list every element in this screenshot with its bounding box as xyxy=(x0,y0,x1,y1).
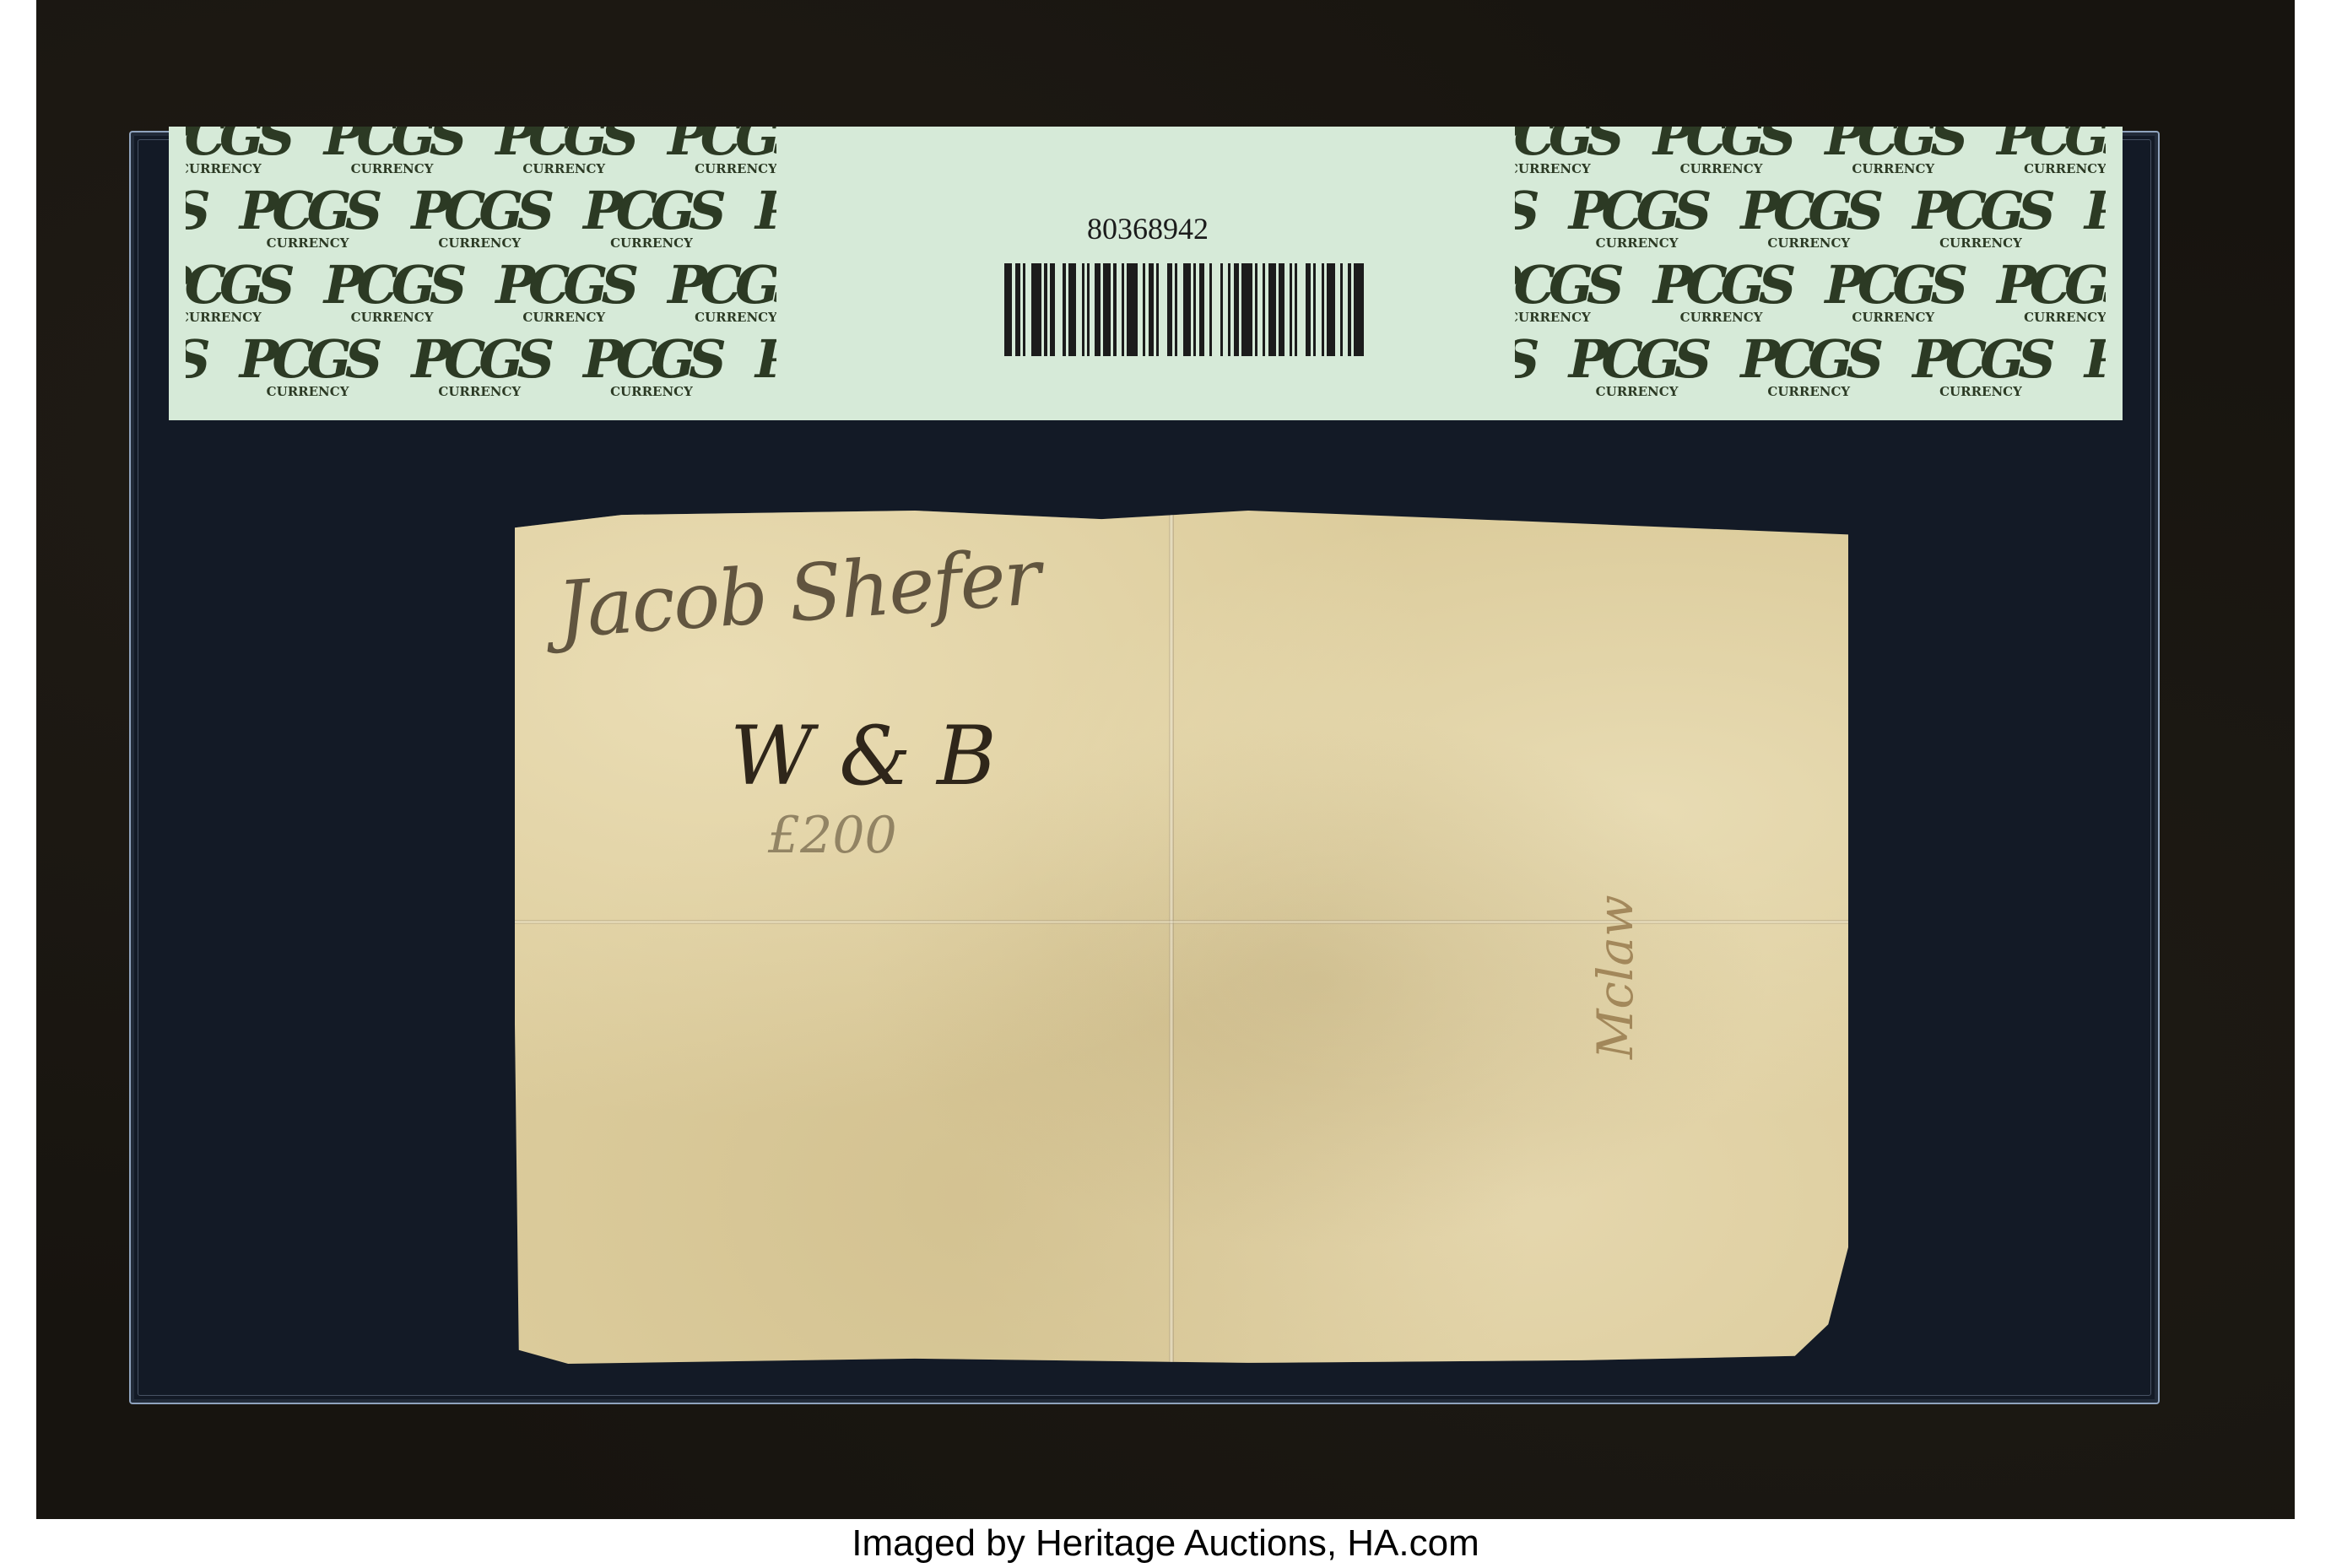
pcgs-logo-icon: PCGSCURRENCY xyxy=(186,186,204,250)
barcode xyxy=(1004,263,1365,356)
logo-row: PCGSCURRENCYPCGSCURRENCYPCGSCURRENCYPCGS… xyxy=(1515,127,2106,186)
logo-row: PCGSCURRENCYPCGSCURRENCYPCGSCURRENCYPCGS… xyxy=(1515,186,2106,260)
pcgs-logo-icon: PCGSCURRENCY xyxy=(1515,127,1618,176)
pcgs-logo-icon: PCGSCURRENCY xyxy=(1569,186,1706,250)
inscription-margin: Mclaw xyxy=(1587,895,1644,1059)
pcgs-logo-icon: PCGSCURRENCY xyxy=(240,186,376,250)
pcgs-logo-icon: PCGSCURRENCY xyxy=(411,186,548,250)
pcgs-logo-icon: PCGSCURRENCY xyxy=(755,334,776,398)
pcgs-logo-icon: PCGSCURRENCY xyxy=(186,127,289,176)
pcgs-logo-icon: PCGSCURRENCY xyxy=(1825,127,1961,176)
logo-row: PCGSCURRENCYPCGSCURRENCYPCGSCURRENCYPCGS… xyxy=(186,260,776,334)
pcgs-logo-icon: PCGSCURRENCY xyxy=(2085,186,2106,250)
pcgs-logo-icon: PCGSCURRENCY xyxy=(186,334,204,398)
pcgs-logo-icon: PCGSCURRENCY xyxy=(1740,186,1877,250)
logo-row: PCGSCURRENCYPCGSCURRENCYPCGSCURRENCYPCGS… xyxy=(1515,334,2106,408)
horizontal-fold xyxy=(515,920,1848,924)
pcgs-logo-icon: PCGSCURRENCY xyxy=(668,127,776,176)
pcgs-logo-icon: PCGSCURRENCY xyxy=(411,334,548,398)
pcgs-logo-icon: PCGSCURRENCY xyxy=(324,127,461,176)
logo-row: PCGSCURRENCYPCGSCURRENCYPCGSCURRENCYPCGS… xyxy=(186,127,776,186)
pcgs-logo-icon: PCGSCURRENCY xyxy=(1825,260,1961,324)
pcgs-logo-icon: PCGSCURRENCY xyxy=(1569,334,1706,398)
vertical-fold xyxy=(1169,511,1174,1367)
pcgs-logo-icon: PCGSCURRENCY xyxy=(1997,260,2106,324)
logo-row: PCGSCURRENCYPCGSCURRENCYPCGSCURRENCYPCGS… xyxy=(186,334,776,408)
inscription-initials: W & B xyxy=(730,709,997,803)
inscription-amount: £200 xyxy=(768,806,897,865)
image-credit-caption: Imaged by Heritage Auctions, HA.com xyxy=(0,1519,2331,1568)
pcgs-logo-icon: PCGSCURRENCY xyxy=(583,186,720,250)
pcgs-logo-icon: PCGSCURRENCY xyxy=(495,260,632,324)
pcgs-logo-icon: PCGSCURRENCY xyxy=(2085,334,2106,398)
pcgs-logo-icon: PCGSCURRENCY xyxy=(1653,260,1790,324)
pcgs-logo-icon: PCGSCURRENCY xyxy=(1740,334,1877,398)
pcgs-logo-icon: PCGSCURRENCY xyxy=(1912,334,2049,398)
certification-number: 80368942 xyxy=(827,211,1468,246)
pcgs-logo-icon: PCGSCURRENCY xyxy=(1515,186,1533,250)
pcgs-logo-icon: PCGSCURRENCY xyxy=(1653,127,1790,176)
logo-row: PCGSCURRENCYPCGSCURRENCYPCGSCURRENCYPCGS… xyxy=(1515,260,2106,334)
pcgs-logo-icon: PCGSCURRENCY xyxy=(186,260,289,324)
pcgs-logo-icon: PCGSCURRENCY xyxy=(583,334,720,398)
pcgs-logo-icon: PCGSCURRENCY xyxy=(1912,186,2049,250)
pcgs-label: PCGSCURRENCYPCGSCURRENCYPCGSCURRENCYPCGS… xyxy=(169,127,2123,420)
certification-area: 80368942 xyxy=(827,127,1468,420)
pcgs-logo-icon: PCGSCURRENCY xyxy=(1515,334,1533,398)
pcgs-logo-icon: PCGSCURRENCY xyxy=(1515,260,1618,324)
pcgs-logo-icon: PCGSCURRENCY xyxy=(668,260,776,324)
pcgs-logo-icon: PCGSCURRENCY xyxy=(1997,127,2106,176)
colonial-note-back: Jacob Shefer W & B £200 Mclaw xyxy=(515,511,1848,1367)
signature-jacob: Jacob Shefer xyxy=(554,532,1042,656)
logo-row: PCGSCURRENCYPCGSCURRENCYPCGSCURRENCYPCGS… xyxy=(186,186,776,260)
logo-pattern-right: PCGSCURRENCYPCGSCURRENCYPCGSCURRENCYPCGS… xyxy=(1515,127,2106,420)
pcgs-logo-icon: PCGSCURRENCY xyxy=(324,260,461,324)
pcgs-logo-icon: PCGSCURRENCY xyxy=(240,334,376,398)
logo-pattern-left: PCGSCURRENCYPCGSCURRENCYPCGSCURRENCYPCGS… xyxy=(186,127,776,420)
pcgs-logo-icon: PCGSCURRENCY xyxy=(755,186,776,250)
pcgs-logo-icon: PCGSCURRENCY xyxy=(495,127,632,176)
